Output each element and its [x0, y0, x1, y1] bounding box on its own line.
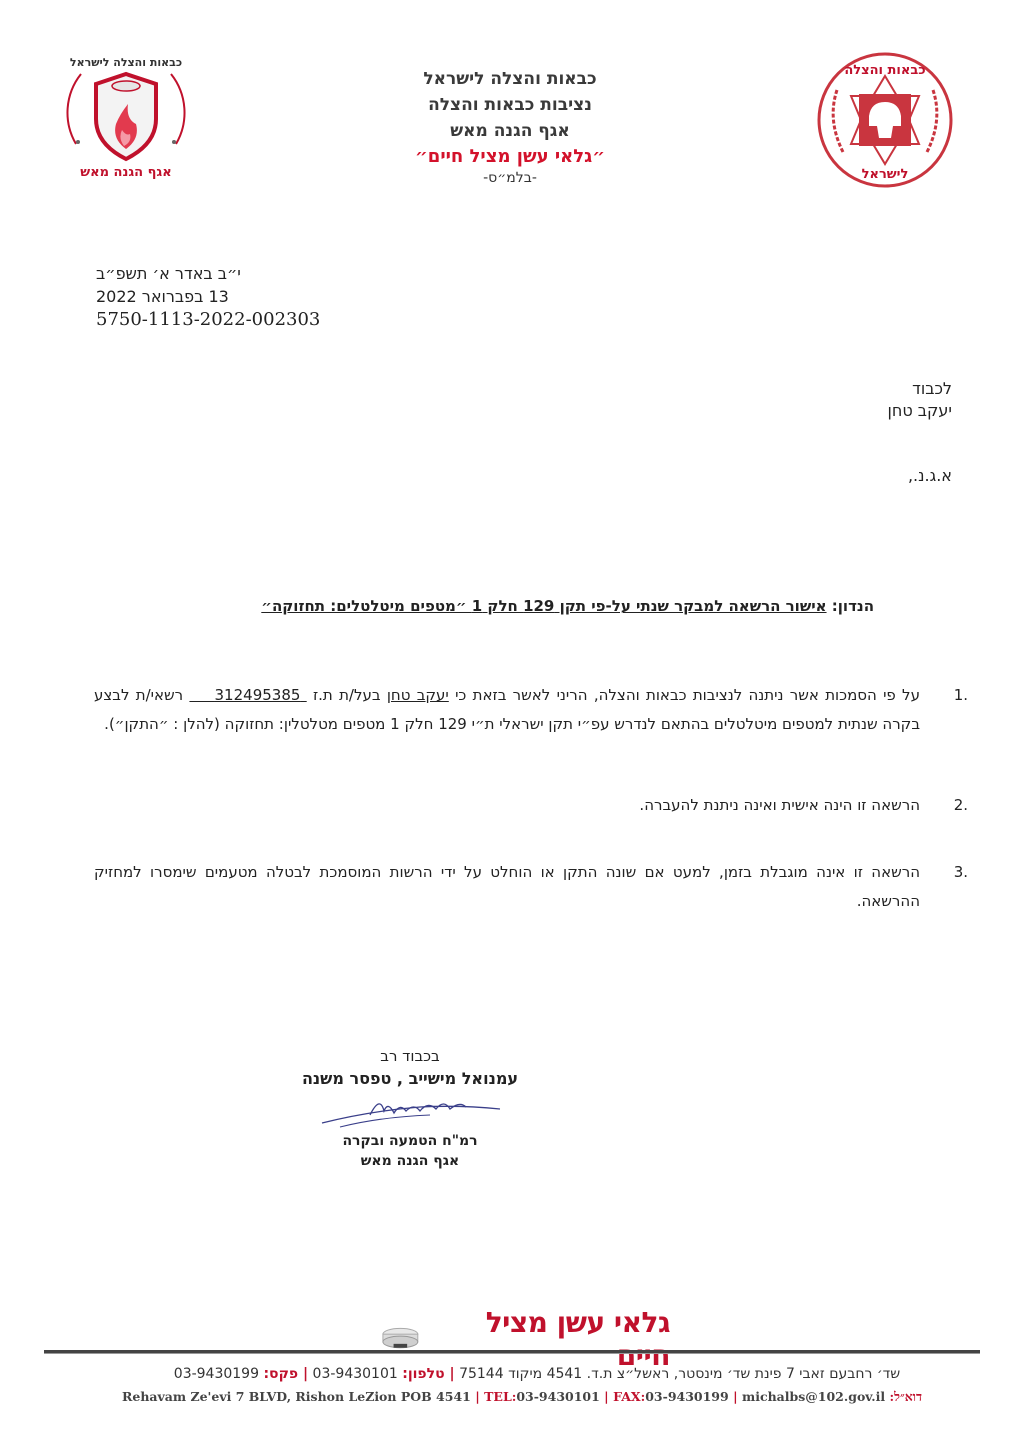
subject-line: הנדון: אישור הרשאה למבקר שנתי על-פי תקן … [170, 597, 874, 615]
signer-title: רמ"ח הטמעה ובקרה [260, 1131, 560, 1151]
list-item: 3. הרשאה זו אינה מוגבלת בזמן, למעט אם שו… [94, 858, 920, 916]
list-item: 1. על פי הסמכות אשר ניתנה לנציבות כבאות … [94, 681, 920, 739]
svg-text:לישראל: לישראל [862, 167, 909, 182]
handwritten-signature-icon [310, 1093, 510, 1131]
fire-prevention-shield-logo-icon: כבאות והצלה לישראל אגף הגנה מאש [56, 44, 196, 184]
footer-contact-english: דוא״ל: michalbs@102.gov.il | FAX:03-9430… [110, 1389, 934, 1405]
department-name: אגף הגנה מאש [380, 118, 640, 144]
item-text: בעל/ת ת.ז [307, 686, 387, 704]
fax-number: 03-9430199 [174, 1366, 259, 1382]
subject-text: אישור הרשאה למבקר שנתי על-פי תקן 129 חלק… [261, 597, 826, 615]
organization-name: כבאות והצלה לישראל [380, 66, 640, 92]
address-hebrew: שד׳ רחבעם זאבי 7 פינת שד׳ מינסטר, ראשל״צ… [459, 1366, 900, 1382]
svg-text:אגף הגנה מאש: אגף הגנה מאש [80, 165, 171, 180]
reference-number: 5750-1113-2022-002303 [96, 308, 336, 331]
footer-divider [44, 1350, 980, 1354]
hebrew-date: י״ב באדר א׳ תשפ״ב [96, 262, 336, 285]
slogan: ״גלאי עשן מציל חיים״ [380, 144, 640, 170]
signature-block: בכבוד רב עמנואל מישייב , טפסר משנה רמ"ח … [260, 1045, 560, 1171]
fax-label: פקס: [263, 1366, 298, 1382]
recipient-name: יעקב טחן [888, 400, 952, 422]
licensee-id: 312495385 [189, 686, 306, 704]
fire-rescue-logo: כבאות והצלה לישראל [815, 50, 955, 190]
subject-label: הנדון: [832, 597, 874, 615]
email-link[interactable]: michalbs@102.gov.il [742, 1389, 885, 1404]
item-number: 3. [954, 858, 968, 887]
footer-slogan: גלאי עשן מציל חיים [431, 1306, 670, 1372]
smoke-detector-icon [380, 1326, 421, 1352]
fire-rescue-emblem-logo-icon: כבאות והצלה לישראל [815, 50, 955, 190]
signer-department: אגף הגנה מאש [260, 1151, 560, 1171]
phone-number: 03-9430101 [313, 1366, 398, 1382]
footer-contact-hebrew: שד׳ רחבעם זאבי 7 פינת שד׳ מינסטר, ראשל״צ… [110, 1366, 964, 1382]
item-number: 1. [954, 681, 968, 710]
footer-brand: גלאי עשן מציל חיים [380, 1306, 670, 1372]
id-number: 312495385 [215, 686, 301, 704]
address-english: Rehavam Ze'evi 7 BLVD, Rishon LeZion POB… [122, 1389, 471, 1404]
closing: בכבוד רב [260, 1045, 560, 1067]
letterhead: כבאות והצלה לישראל נציבות כבאות והצלה אג… [380, 66, 640, 188]
licensee-name: יעקב טחן [387, 686, 449, 704]
email-label: דוא״ל: [890, 1389, 922, 1404]
fire-prevention-logo: כבאות והצלה לישראל אגף הגנה מאש [56, 44, 196, 184]
addressee: לכבוד יעקב טחן [888, 378, 952, 422]
salutation: לכבוד [888, 378, 952, 400]
classification: -בלמ״ס- [380, 168, 640, 188]
greeting: א.ג.נ., [908, 466, 952, 485]
fax-label-en: FAX: [613, 1389, 645, 1404]
commission-name: נציבות כבאות והצלה [380, 92, 640, 118]
item-text: הרשאה זו אינה מוגבלת בזמן, למעט אם שונה … [94, 863, 920, 910]
fax-number-en: 03-9430199 [645, 1389, 728, 1404]
gregorian-date: 13 בפברואר 2022 [96, 285, 336, 308]
signer-name: עמנואל מישייב , טפסר משנה [260, 1067, 560, 1091]
tel-label-en: TEL: [484, 1389, 516, 1404]
svg-text:כבאות והצלה לישראל: כבאות והצלה לישראל [70, 56, 182, 69]
item-number: 2. [954, 791, 968, 820]
letter-dates: י״ב באדר א׳ תשפ״ב 13 בפברואר 2022 5750-1… [96, 262, 336, 331]
item-text: על פי הסמכות אשר ניתנה לנציבות כבאות והצ… [449, 686, 920, 704]
item-text: הרשאה זו הינה אישית ואינה ניתנת להעברה. [639, 796, 920, 814]
list-item: 2. הרשאה זו הינה אישית ואינה ניתנת להעבר… [94, 791, 920, 820]
phone-label: טלפון: [402, 1366, 444, 1382]
tel-number-en: 03-9430101 [516, 1389, 599, 1404]
